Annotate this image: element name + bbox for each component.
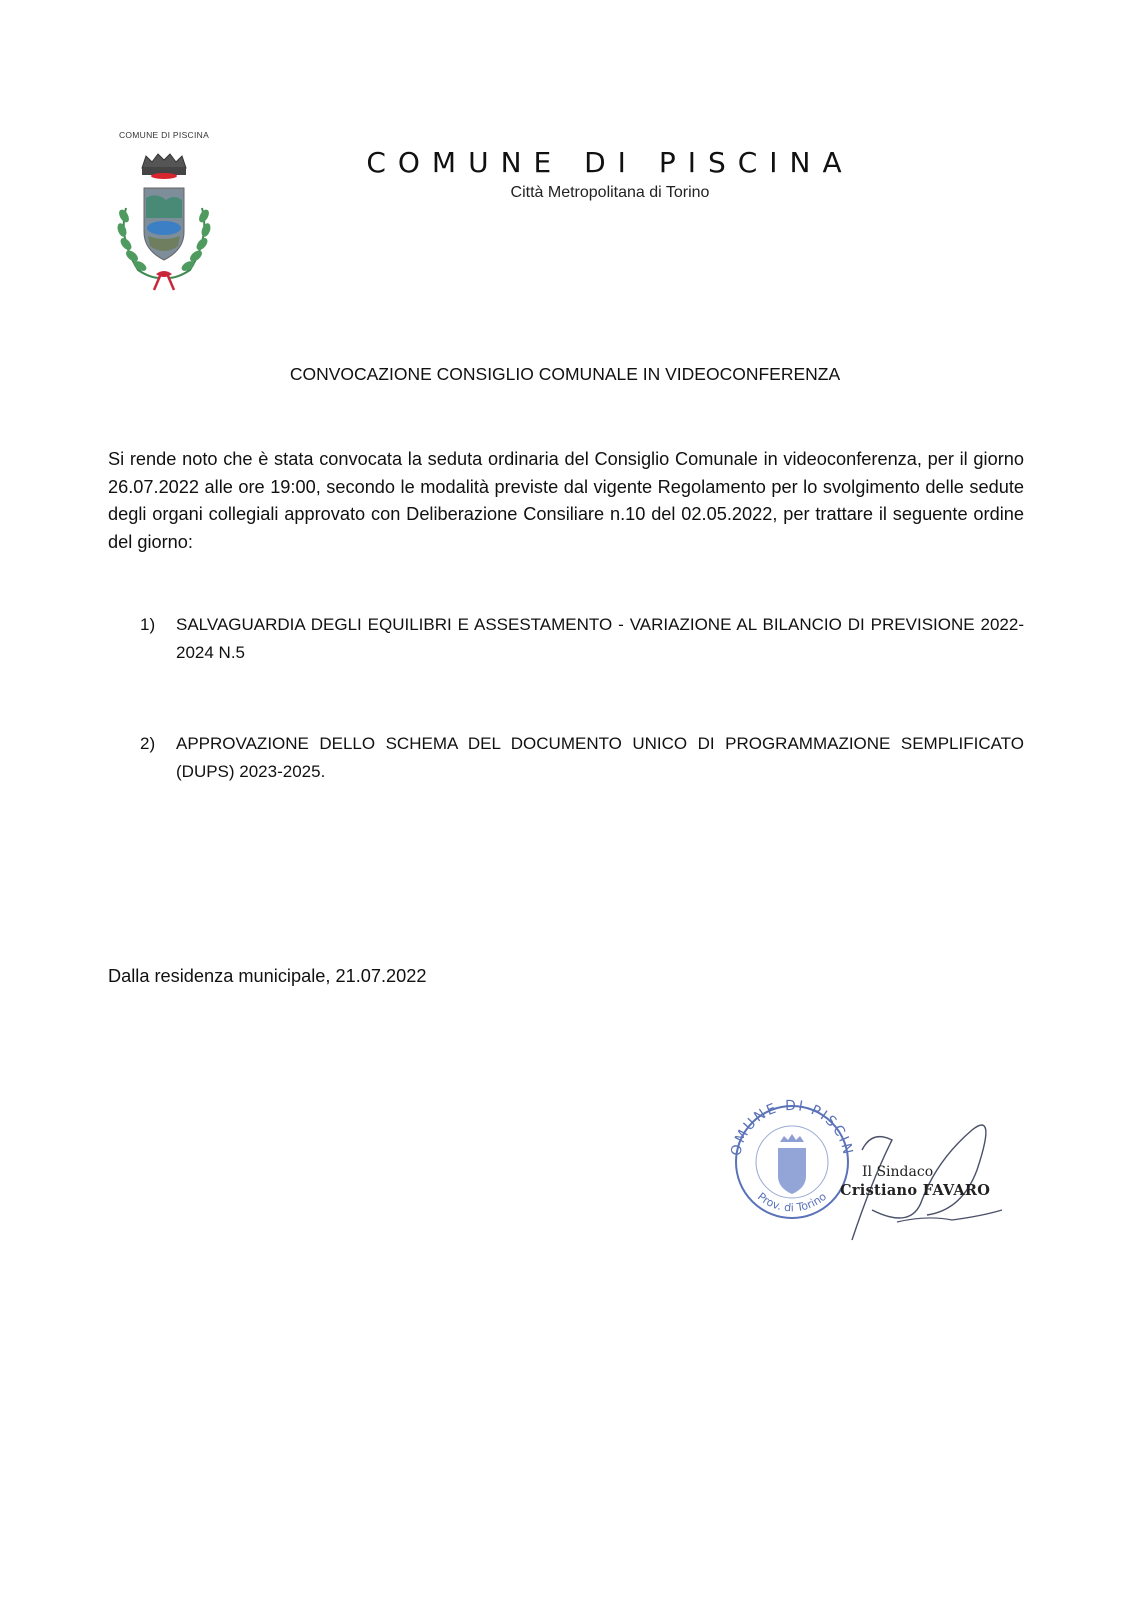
svg-text:COMUNE DI PISCINA: COMUNE DI PISCINA [722,1090,856,1158]
coat-of-arms-icon [104,128,224,300]
agenda-item: 2) APPROVAZIONE DELLO SCHEMA DEL DOCUMEN… [140,730,1024,786]
notice-heading: CONVOCAZIONE CONSIGLIO COMUNALE IN VIDEO… [100,364,1030,385]
agenda-item-number: 2) [140,730,155,758]
signature-block: COMUNE DI PISCINA Prov. di Torino Il Sin… [722,1090,1007,1245]
signatory-role: Il Sindaco [862,1164,933,1180]
signatory-name: Cristiano FAVARO [840,1182,990,1199]
notice-body: Si rende noto che è stata convocata la s… [108,446,1024,556]
document-subtitle: Città Metropolitana di Torino [300,184,920,202]
agenda-item-text: SALVAGUARDIA DEGLI EQUILIBRI E ASSESTAME… [176,611,1024,667]
document-title: COMUNE DI PISCINA [300,146,920,179]
closing-place-date: Dalla residenza municipale, 21.07.2022 [108,966,427,987]
agenda-item: 1) SALVAGUARDIA DEGLI EQUILIBRI E ASSEST… [140,611,1024,667]
agenda-item-text: APPROVAZIONE DELLO SCHEMA DEL DOCUMENTO … [176,730,1024,786]
municipality-coat-of-arms: COMUNE DI PISCINA [104,128,224,300]
agenda-item-number: 1) [140,611,155,639]
